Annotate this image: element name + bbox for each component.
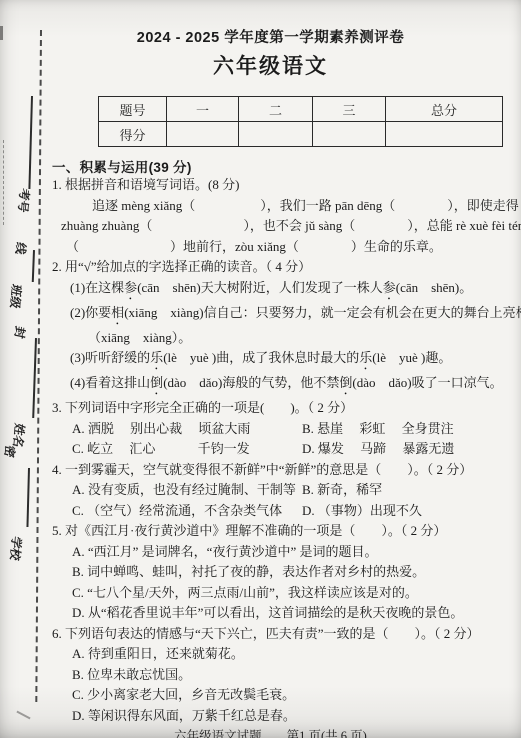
q6-option-c: C. 少小离家老大回，乡音无改鬓毛衰。 xyxy=(52,685,517,706)
q6-head: 6. 下列语句表达的情感与“天下兴亡，匹夫有责”一致的是（ ）。（ 2 分） xyxy=(52,624,517,645)
q1-line2: zhuàng zhuàng（ ），也不会 jǔ sàng（ ），总能 rè xu… xyxy=(52,216,517,237)
q6-option-a: A. 待到重阳日，还来就菊花。 xyxy=(52,644,517,665)
q2-item1: (1)在这棵参(cān shēn)天大树附近，人们发现了一株人参(cān shē… xyxy=(52,278,517,303)
q1-head: 1. 根据拼音和语境写词语。(8 分) xyxy=(52,175,517,196)
score-header-cell: 题号 xyxy=(99,97,167,122)
seal-dashed-line-short xyxy=(3,140,4,225)
exam-number-blank-line xyxy=(28,96,32,189)
seal-char-xian: 线 xyxy=(12,241,30,256)
seal-dashed-line xyxy=(35,30,42,702)
q6-option-b: B. 位卑未敢忘忧国。 xyxy=(52,665,517,686)
q5-option-d: D. 从“稻花香里说丰年”可以看出，这首词描绘的是秋天夜晚的景色。 xyxy=(52,603,517,624)
q4-option-c: C. （空气）经常流通，不含杂类气体 xyxy=(72,501,302,522)
scan-artifact-mark xyxy=(16,711,30,720)
emphasized-char: 相 xyxy=(516,305,521,320)
q3-options-row2: C. 屹立 汇心 千钧一发 D. 爆发 马蹄 暴露无遗 xyxy=(52,439,517,460)
text-segment: (2)你要 xyxy=(70,305,111,320)
emphasized-char: 相 xyxy=(111,305,124,320)
text-segment: (cān shēn)天大树附近，人们发现了一株人 xyxy=(137,280,383,295)
emphasized-char: 参 xyxy=(383,280,396,295)
q3-option-b: B. 悬崖 彩虹 全身贯注 xyxy=(302,419,454,440)
q3-options-row1: A. 洒脱 别出心裁 顷盆大雨 B. 悬崖 彩虹 全身贯注 xyxy=(52,419,517,440)
school-label: 学校 xyxy=(7,535,26,562)
text-segment: (dào dǎo)海般的气势，他不禁 xyxy=(163,375,339,390)
score-table-header-row: 题号 一 二 三 总分 xyxy=(99,97,503,122)
paper-content: 2024 - 2025 学年度第一学期素养测评卷 六年级语文 题号 一 二 三 … xyxy=(52,0,517,738)
q6-option-d: D. 等闲识得东风面，万紫千红总是春。 xyxy=(52,706,517,727)
q4-option-d: D. （事物）出现不久 xyxy=(302,501,422,522)
name-blank-line xyxy=(32,338,36,418)
q2-item4: (4)看着这排山倒(dào dǎo)海般的气势，他不禁倒(dào dǎo)吸了一… xyxy=(52,373,517,398)
q4-options-row2: C. （空气）经常流通，不含杂类气体 D. （事物）出现不久 xyxy=(52,501,517,522)
score-blank-cell xyxy=(239,122,313,147)
q2-item3: (3)听听舒缓的乐(lè yuè )曲，成了我休息时最大的乐(lè yuè )趣… xyxy=(52,348,517,373)
exam-number-label: 考号 xyxy=(15,187,34,214)
score-blank-cell xyxy=(167,122,239,147)
q4-head: 4. 一到雾霾天，空气就变得很不新鲜”中“新鲜”的意思是（ ）。（ 2 分） xyxy=(52,460,517,481)
score-blank-cell xyxy=(386,122,503,147)
text-segment: (xiāng xiàng)信自己：只要努力，就一定会有机会在更大的舞台上亮 xyxy=(124,305,515,320)
q3-option-c: C. 屹立 汇心 千钧一发 xyxy=(72,439,302,460)
text-segment: (cān shēn)。 xyxy=(396,280,473,295)
page-footer: 六年级语文试题 第1 页(共 6 页) xyxy=(38,729,503,738)
text-segment: (1)在这棵 xyxy=(70,280,124,295)
q5-head: 5. 对《西江月·夜行黄沙道中》理解不准确的一项是（ ）。（ 2 分） xyxy=(52,521,517,542)
q4-options-row1: A. 没有变质，也没有经过腌制、干制等 B. 新奇，稀罕 xyxy=(52,480,517,501)
exam-paper-page: 考号 线 班级 封 姓名 密 学校 2024 - 2025 学年度第一学期素养测… xyxy=(0,0,521,738)
q5-option-a: A. “西江月” 是词牌名，“夜行黄沙道中” 是词的题目。 xyxy=(52,542,517,563)
q1-line1: 追逐 mèng xiǎng（ ），我们一路 pān dēng（ ），即使走得 d… xyxy=(52,196,517,217)
score-table: 题号 一 二 三 总分 得分 xyxy=(98,96,503,147)
seal-char-feng: 封 xyxy=(11,325,29,340)
emphasized-char: 参 xyxy=(124,280,137,295)
emphasized-char: 倒 xyxy=(339,375,352,390)
class-blank-line xyxy=(32,250,35,282)
q3-head: 3. 下列词语中字形完全正确的一项是( )。（ 2 分） xyxy=(52,398,517,419)
score-table-score-row: 得分 xyxy=(99,122,503,147)
text-segment: (3)听听舒缓的 xyxy=(70,350,150,365)
q2-head: 2. 用“√”给加点的字选择正确的读音。（ 4 分） xyxy=(52,257,517,278)
score-row-label: 得分 xyxy=(99,122,167,147)
text-segment: (4)看着这排山 xyxy=(70,375,150,390)
seal-char-mi: 密 xyxy=(1,444,19,459)
emphasized-char: 乐 xyxy=(150,350,163,365)
q1-line3: （ ）地前行，zòu xiǎng（ ）生命的乐章。 xyxy=(52,237,517,258)
text-segment: (lè yuè )趣。 xyxy=(372,350,451,365)
text-segment: （xiāng xiàng）。 xyxy=(88,330,191,345)
q4-option-a: A. 没有变质，也没有经过腌制、干制等 xyxy=(72,480,302,501)
score-header-cell: 二 xyxy=(239,97,313,122)
q4-option-b: B. 新奇，稀罕 xyxy=(302,480,382,501)
q5-option-b: B. 词中蝉鸣、蛙叫，衬托了夜的静，表达作者对乡村的热爱。 xyxy=(52,562,517,583)
school-blank-line xyxy=(26,468,29,527)
class-label: 班级 xyxy=(7,283,26,310)
q2-item2-cont: （xiāng xiàng）。 xyxy=(52,328,517,349)
q2-item2: (2)你要相(xiāng xiàng)信自己：只要努力，就一定会有机会在更大的舞… xyxy=(52,303,517,328)
score-blank-cell xyxy=(313,122,386,147)
q5-option-c: C. “七八个星/天外，两三点雨/山前”，我这样读应该是对的。 xyxy=(52,583,517,604)
text-segment: (dào dǎo)吸了一口凉气。 xyxy=(352,375,502,390)
emphasized-char: 倒 xyxy=(150,375,163,390)
q3-option-a: A. 洒脱 别出心裁 顷盆大雨 xyxy=(72,419,302,440)
score-header-cell: 总分 xyxy=(386,97,503,122)
section-title: 一、积累与运用(39 分) xyxy=(52,160,517,175)
emphasized-char: 乐 xyxy=(359,350,372,365)
exam-session-title: 2024 - 2025 学年度第一学期素养测评卷 xyxy=(38,30,503,47)
score-header-cell: 三 xyxy=(313,97,386,122)
seal-margin: 考号 线 班级 封 姓名 密 学校 xyxy=(0,0,52,738)
q3-option-d: D. 爆发 马蹄 暴露无遗 xyxy=(302,439,454,460)
score-header-cell: 一 xyxy=(167,97,239,122)
subject-title: 六年级语文 xyxy=(38,55,503,79)
scan-artifact-tick xyxy=(0,26,3,40)
text-segment: (lè yuè )曲，成了我休息时最大的 xyxy=(163,350,359,365)
